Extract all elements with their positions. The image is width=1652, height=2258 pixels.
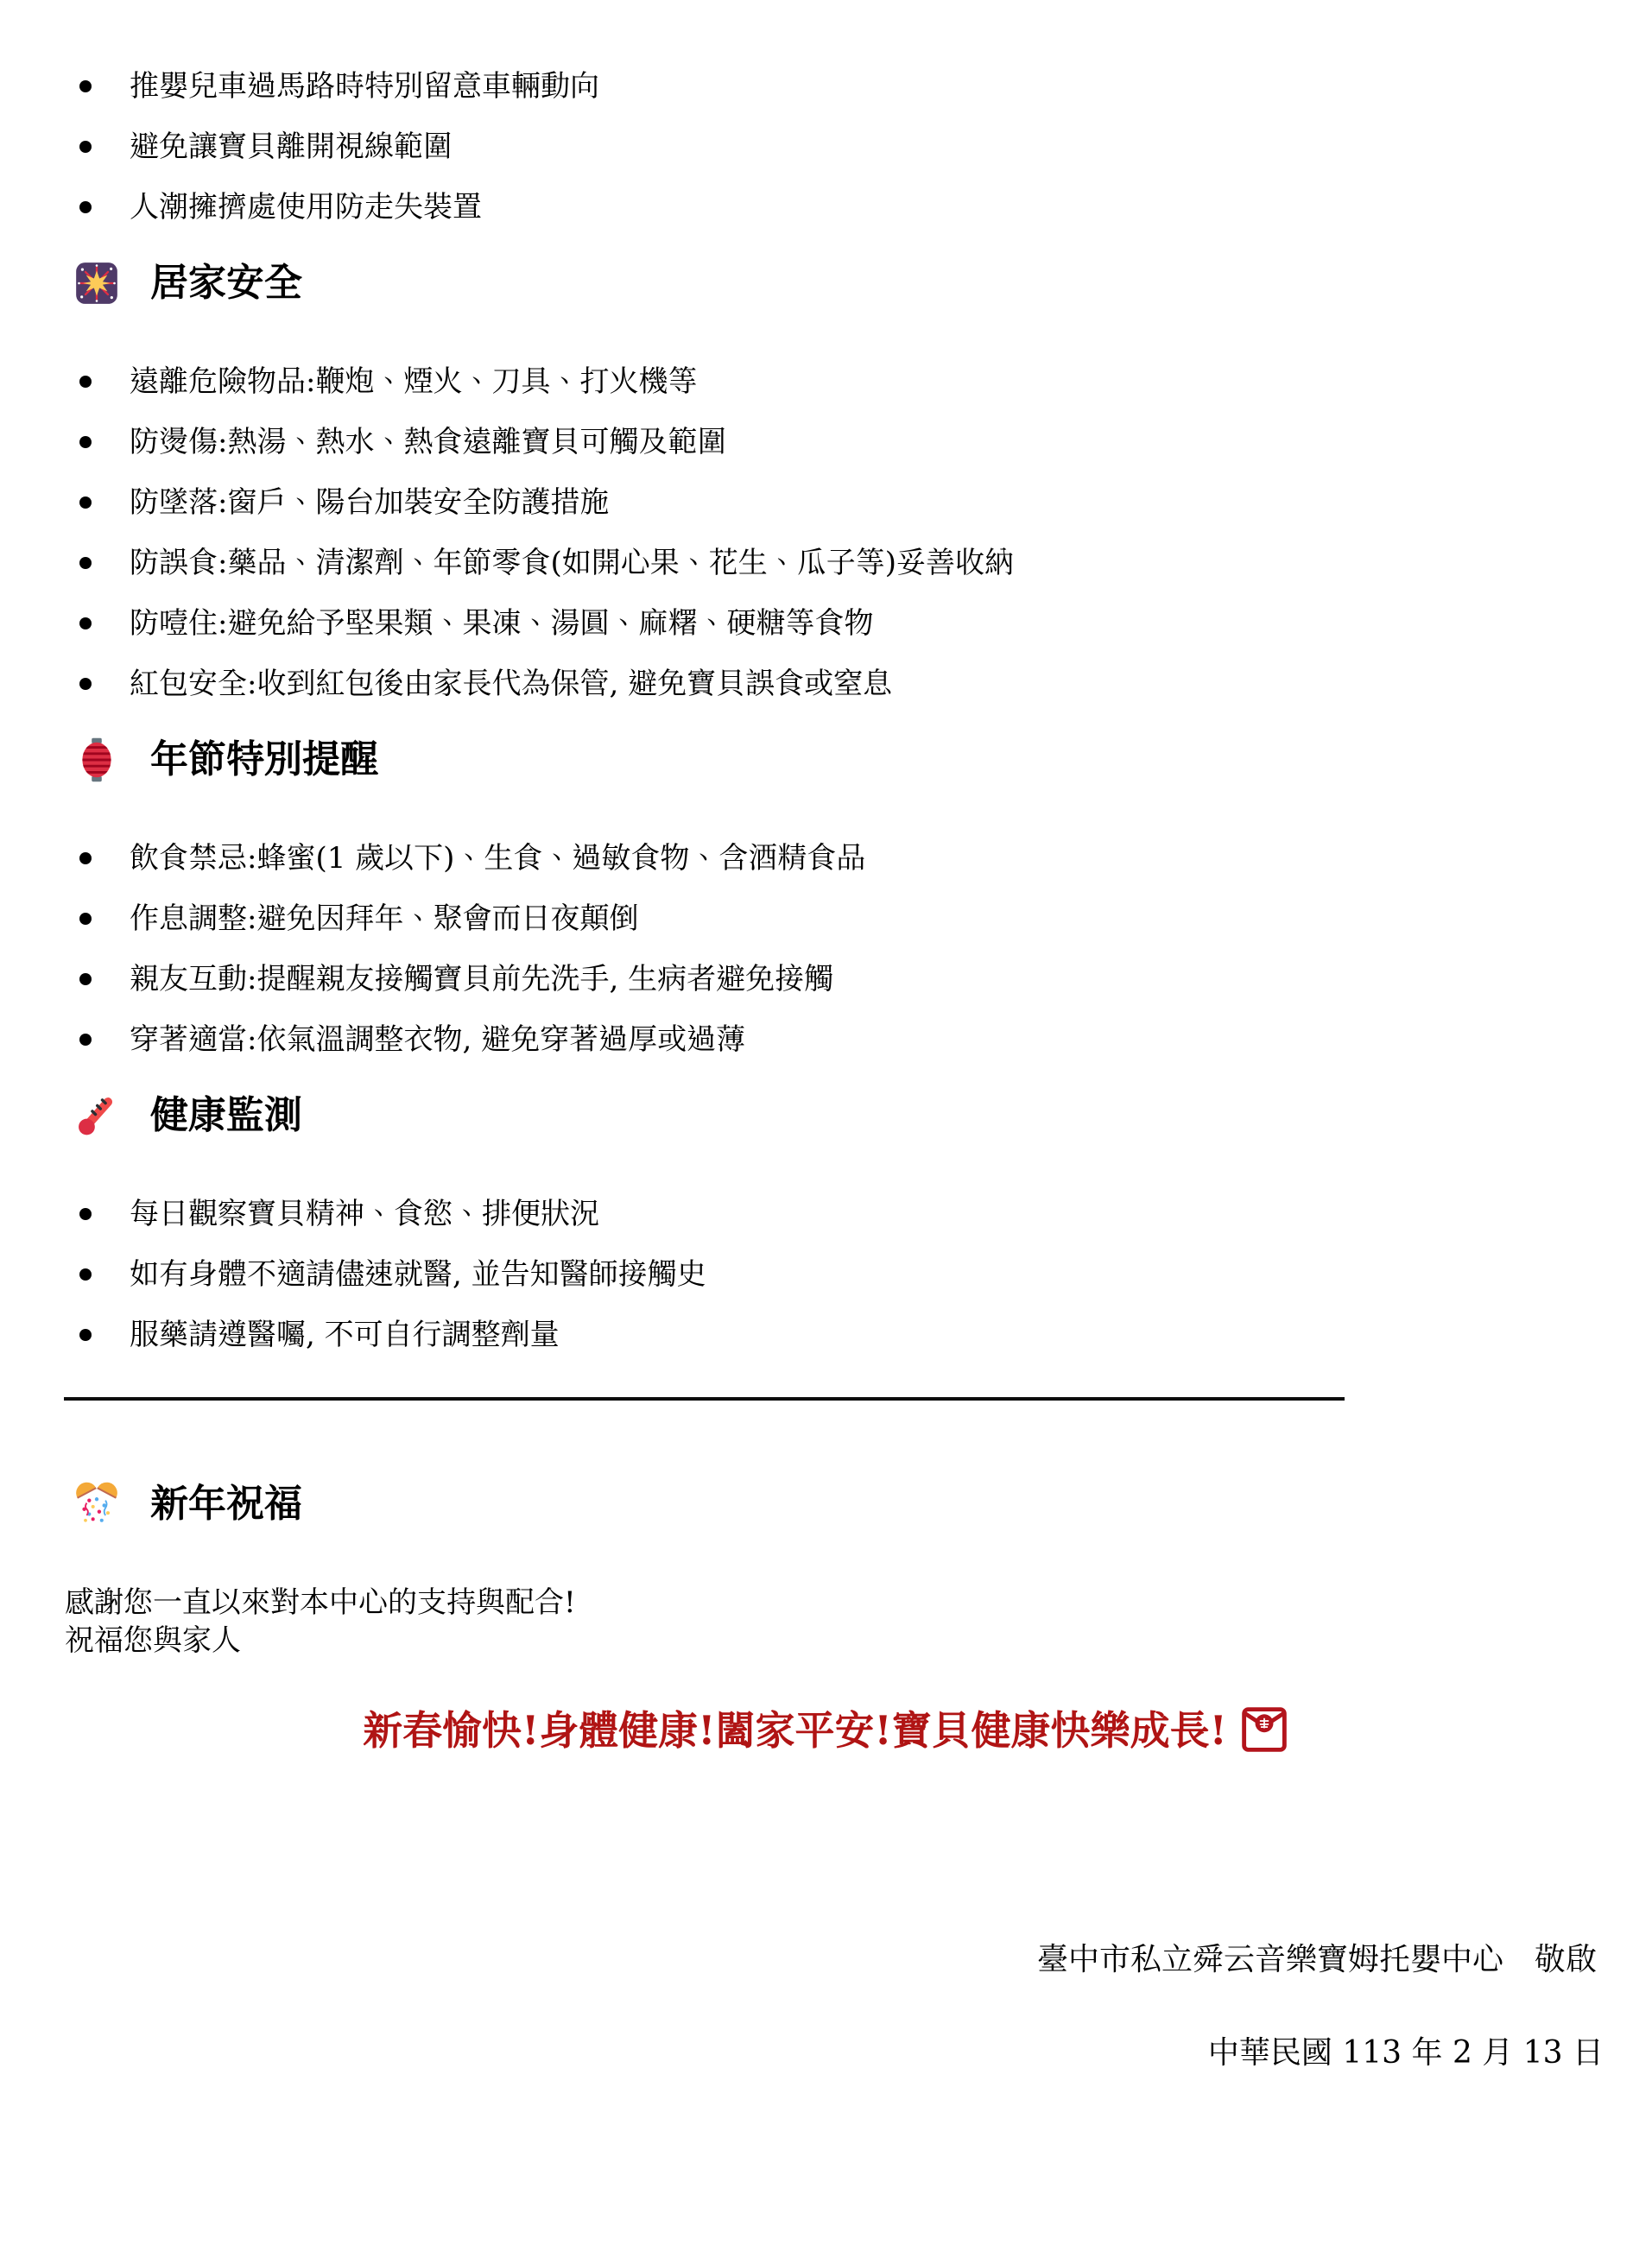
bullet-item: 防燙傷:熱湯、熱水、熱食遠離寶貝可觸及範圍 (130, 423, 1652, 461)
sections-container: 居家安全遠離危險物品:鞭炮、煙火、刀具、打火機等防燙傷:熱湯、熱水、熱食遠離寶貝… (0, 259, 1652, 1354)
bullet-item: 遠離危險物品:鞭炮、煙火、刀具、打火機等 (130, 363, 1652, 401)
bullet-item: 紅包安全:收到紅包後由家長代為保管, 避免寶貝誤食或窒息 (130, 665, 1652, 703)
section-divider (64, 1397, 1345, 1401)
date-line: 中華民國 113 年 2 月 13 日 (0, 2033, 1652, 2074)
closing-heading: 新年祝福 (74, 1480, 1652, 1528)
section-bullet-list: 每日觀察寶貝精神、食慾、排便狀況如有身體不適請儘速就醫, 並告知醫師接觸史服藥請… (0, 1195, 1652, 1354)
section-heading: 居家安全 (74, 259, 1652, 307)
fireworks-icon (74, 261, 119, 306)
blessing-line: 新春愉快!身體健康!闔家平安!寶貝健康快樂成長! (0, 1705, 1652, 1756)
thanks-paragraph: 感謝您一直以來對本中心的支持與配合! (65, 1584, 1652, 1622)
confetti-ball-icon (74, 1482, 119, 1527)
section-heading: 健康監測 (74, 1091, 1652, 1140)
blessing-text: 新春愉快!身體健康!闔家平安!寶貝健康快樂成長! (363, 1707, 1227, 1754)
section-title: 健康監測 (150, 1091, 302, 1140)
bullet-item: 穿著適當:依氣溫調整衣物, 避免穿著過厚或過薄 (130, 1021, 1652, 1059)
section-bullet-list: 遠離危險物品:鞭炮、煙火、刀具、打火機等防燙傷:熱湯、熱水、熱食遠離寶貝可觸及範… (0, 363, 1652, 703)
intro-bullet-list: 推嬰兒車過馬路時特別留意車輛動向避免讓寶貝離開視線範圍人潮擁擠處使用防走失裝置 (0, 0, 1652, 226)
section-title: 年節特別提醒 (150, 736, 378, 784)
bullet-item: 每日觀察寶貝精神、食慾、排便狀況 (130, 1195, 1652, 1233)
thermometer-icon (74, 1093, 119, 1138)
bullet-item: 飲食禁忌:蜂蜜(1 歲以下)、生食、過敏食物、含酒精食品 (130, 839, 1652, 877)
bullet-item: 防噎住:避免給予堅果類、果凍、湯圓、麻糬、硬糖等食物 (130, 604, 1652, 642)
bullet-item: 防誤食:藥品、清潔劑、年節零食(如開心果、花生、瓜子等)妥善收納 (130, 544, 1652, 582)
red-envelope-icon (1239, 1705, 1289, 1755)
bullet-item: 推嬰兒車過馬路時特別留意車輛動向 (130, 67, 1652, 105)
bullet-item: 避免讓寶貝離開視線範圍 (130, 128, 1652, 166)
section-bullet-list: 飲食禁忌:蜂蜜(1 歲以下)、生食、過敏食物、含酒精食品作息調整:避免因拜年、聚… (0, 839, 1652, 1059)
wish-paragraph: 祝福您與家人 (65, 1622, 1652, 1660)
document-page: 推嬰兒車過馬路時特別留意車輛動向避免讓寶貝離開視線範圍人潮擁擠處使用防走失裝置 … (0, 0, 1652, 2258)
bullet-item: 親友互動:提醒親友接觸寶貝前先洗手, 生病者避免接觸 (130, 960, 1652, 998)
section-title: 居家安全 (150, 259, 302, 307)
lantern-icon (74, 737, 119, 782)
bullet-item: 作息調整:避免因拜年、聚會而日夜顛倒 (130, 900, 1652, 938)
bullet-item: 人潮擁擠處使用防走失裝置 (130, 188, 1652, 226)
closing-section: 新年祝福 感謝您一直以來對本中心的支持與配合! 祝福您與家人 新春愉快!身體健康… (0, 1480, 1652, 2074)
signature-line: 臺中市私立舜云音樂寶姆托嬰中心 敬啟 (0, 1939, 1652, 1981)
bullet-item: 防墜落:窗戶、陽台加裝安全防護措施 (130, 484, 1652, 522)
bullet-item: 服藥請遵醫囑, 不可自行調整劑量 (130, 1316, 1652, 1354)
closing-title: 新年祝福 (150, 1480, 302, 1528)
section-heading: 年節特別提醒 (74, 736, 1652, 784)
bullet-item: 如有身體不適請儘速就醫, 並告知醫師接觸史 (130, 1255, 1652, 1293)
